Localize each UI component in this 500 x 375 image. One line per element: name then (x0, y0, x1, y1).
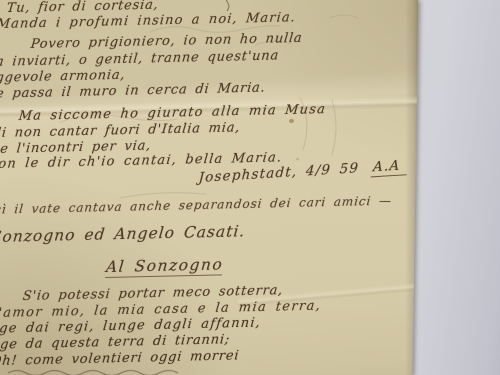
note-line: Così il vate cantava anche separandosi d… (0, 194, 393, 217)
cropped-bottom-line (8, 371, 178, 375)
note-line: Sonzogno ed Angelo Casati. (0, 222, 246, 246)
heading-al-sonzogno: Al Sonzogno (105, 255, 224, 278)
dateline-initials: A.A (371, 157, 408, 177)
poem-line: Ma siccome ho giurato alla mia Musa (18, 102, 327, 124)
photo-of-manuscript: Tu, fior di cortesia, Manda i profumi in… (0, 0, 500, 375)
